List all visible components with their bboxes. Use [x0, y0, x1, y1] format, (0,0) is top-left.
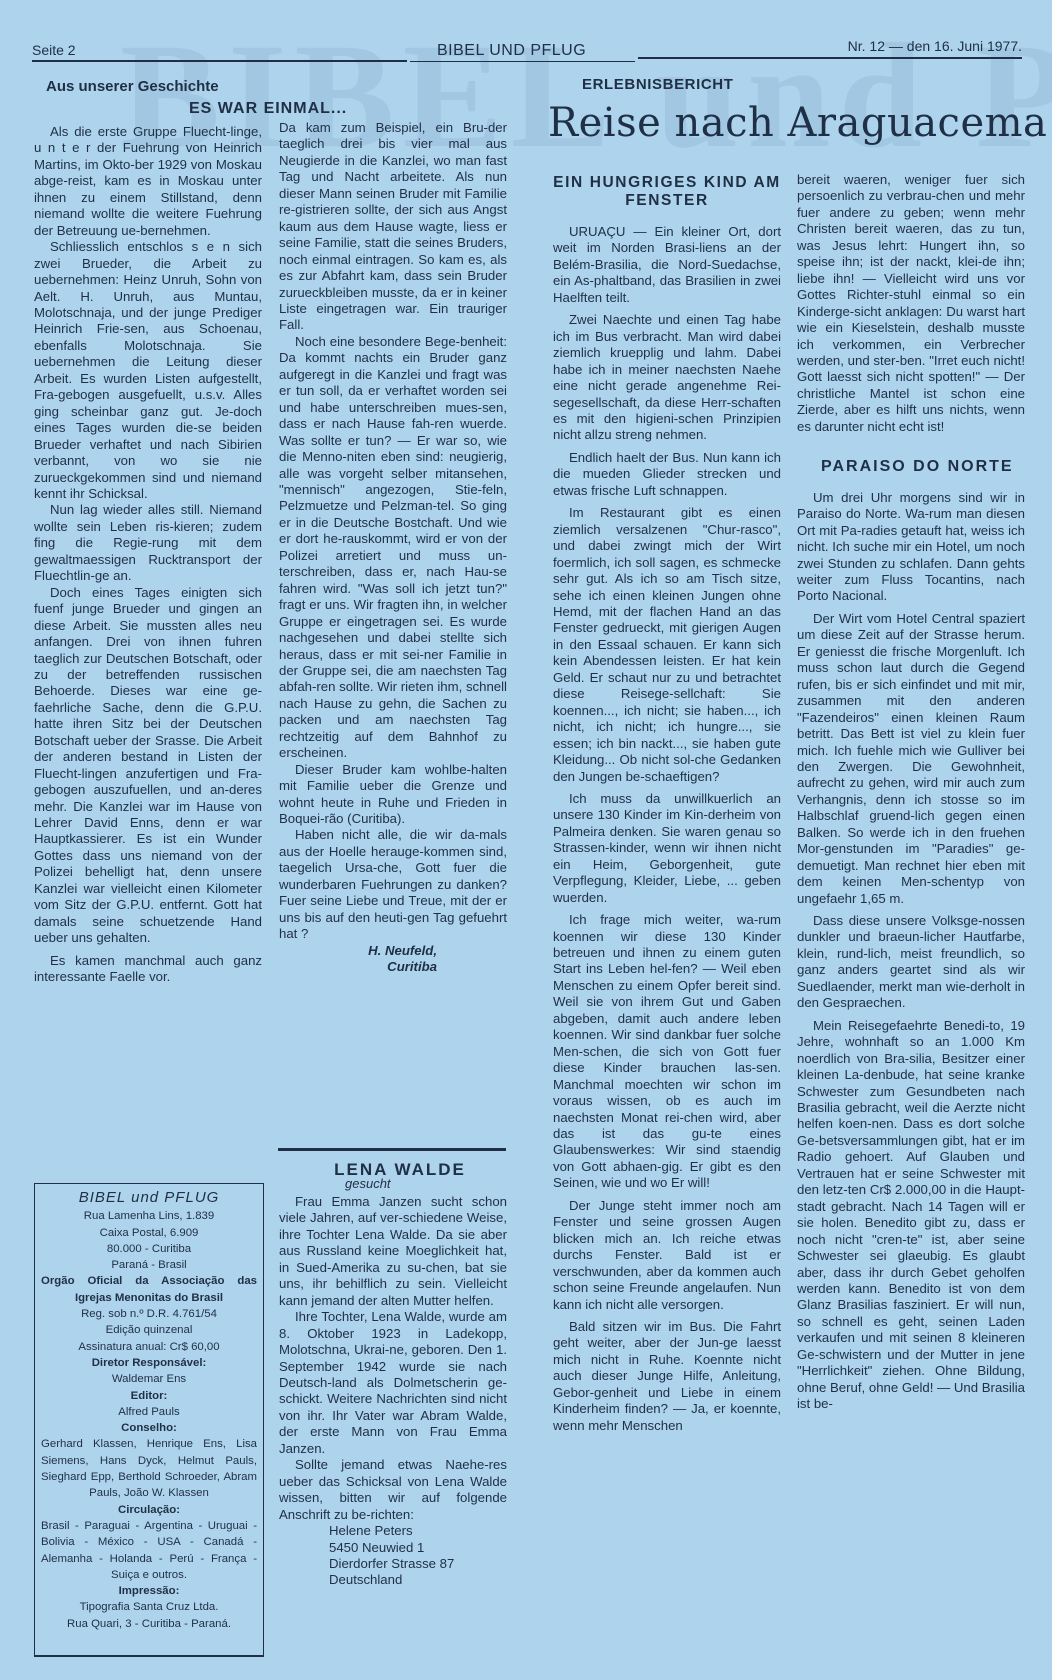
paragraph: URUAÇU — Ein kleiner Ort, dort weit im N… — [553, 224, 781, 306]
paragraph: Frau Emma Janzen sucht schon viele Jahre… — [279, 1194, 507, 1309]
travel-kicker: ERLEBNISBERICHT — [582, 76, 734, 93]
travel-column-4: bereit waeren, weniger fuer sich persoen… — [797, 172, 1025, 1413]
imprint-director-label: Diretor Responsável: — [35, 1355, 263, 1371]
history-column-1: Als die erste Gruppe Fluecht-linge, u n … — [34, 124, 262, 986]
address-line: Deutschland — [279, 1572, 507, 1588]
imprint-printer: Tipografia Santa Cruz Ltda. — [35, 1599, 263, 1615]
author-name: H. Neufeld, — [279, 943, 507, 959]
paragraph: Sollte jemand etwas Naehe-res ueber das … — [279, 1457, 507, 1523]
author-city: Curitiba — [279, 959, 507, 975]
header-rule-left — [32, 60, 407, 62]
lena-walde-body: Frau Emma Janzen sucht schon viele Jahre… — [279, 1194, 507, 1589]
imprint-subscription: Assinatura anual: Cr$ 60,00 — [35, 1339, 263, 1355]
paragraph: Es kamen manchmal auch ganz interessante… — [34, 953, 262, 986]
newspaper-page: BIBEL und PFLUG Seite 2 BIBEL UND PFLUG … — [0, 0, 1052, 1680]
address-line: Helene Peters — [279, 1523, 507, 1539]
imprint-circulation: Brasil - Paraguai - Argentina - Uruguai … — [35, 1518, 263, 1583]
address-line: 5450 Neuwied 1 — [279, 1540, 507, 1556]
paragraph: Der Junge steht immer noch am Fenster un… — [553, 1198, 781, 1313]
imprint-registration: Reg. sob n.º D.R. 4.761/54 — [35, 1306, 263, 1322]
header-rule-center — [410, 61, 635, 62]
imprint-line: 80.000 - Curitiba — [35, 1241, 263, 1257]
paragraph: Da kam zum Beispiel, ein Bru-der taeglic… — [279, 120, 507, 334]
imprint-director: Waldemar Ens — [35, 1371, 263, 1387]
paragraph: Um drei Uhr morgens sind wir in Paraiso … — [797, 490, 1025, 605]
history-column-2: Da kam zum Beispiel, ein Bru-der taeglic… — [279, 120, 507, 976]
issue-date: Nr. 12 — den 16. Juni 1977. — [848, 38, 1022, 54]
paragraph: Doch eines Tages einigten sich fuenf jun… — [34, 585, 262, 947]
paragraph: Der Wirt vom Hotel Central spaziert um d… — [797, 611, 1025, 907]
travel-title: Reise nach Araguacema — [548, 100, 1047, 146]
address-line: Dierdorfer Strasse 87 — [279, 1556, 507, 1572]
imprint-line: Caixa Postal, 6.909 — [35, 1225, 263, 1241]
paragraph: Nun lag wieder alles still. Niemand woll… — [34, 502, 262, 584]
imprint-council-label: Conselho: — [35, 1420, 263, 1436]
paragraph: Haben nicht alle, die wir da-mals aus de… — [279, 827, 507, 942]
paragraph: Ich muss da unwillkuerlich an unsere 130… — [553, 791, 781, 906]
page-number: Seite 2 — [32, 42, 76, 58]
paragraph: Ihre Tochter, Lena Walde, wurde am 8. Ok… — [279, 1309, 507, 1457]
imprint-brand: BIBEL und PFLUG — [35, 1190, 263, 1206]
newspaper-title: BIBEL UND PFLUG — [437, 42, 586, 60]
imprint-organ: Orgão Oficial da Associação das Igrejas … — [35, 1273, 263, 1306]
paragraph: Noch eine besondere Bege-benheit: Da kom… — [279, 334, 507, 762]
lena-walde-headline: LENA WALDE — [300, 1160, 500, 1180]
imprint-line: Rua Lamenha Lins, 1.839 — [35, 1208, 263, 1224]
imprint-line: Paraná - Brasil — [35, 1257, 263, 1273]
paragraph: Zwei Naechte und einen Tag habe ich im B… — [553, 312, 781, 444]
history-headline: ES WAR EINMAL... — [189, 100, 347, 118]
imprint-editor-label: Editor: — [35, 1388, 263, 1404]
paragraph: Bald sitzen wir im Bus. Die Fahrt geht w… — [553, 1319, 781, 1434]
paragraph: Mein Reisegefaehrte Benedi-to, 19 Jehre,… — [797, 1018, 1025, 1413]
history-kicker: Aus unserer Geschichte — [46, 78, 219, 95]
imprint-council: Gerhard Klassen, Henrique Ens, Lisa Siem… — [35, 1436, 263, 1501]
paragraph: Als die erste Gruppe Fluecht-linge, u n … — [34, 124, 262, 239]
section-heading-paraiso: PARAISO DO NORTE — [797, 459, 1025, 475]
imprint-box: BIBEL und PFLUG Rua Lamenha Lins, 1.839 … — [34, 1183, 264, 1657]
paragraph: Schliesslich entschlos s e n sich zwei B… — [34, 239, 262, 502]
paragraph: Endlich haelt der Bus. Nun kann ich die … — [553, 450, 781, 499]
header-rule-right — [638, 57, 1022, 59]
section-divider — [278, 1148, 506, 1151]
imprint-printer-address: Rua Quari, 3 - Curitiba - Paraná. — [35, 1616, 263, 1632]
paragraph: bereit waeren, weniger fuer sich persoen… — [797, 172, 1025, 435]
imprint-edition: Edição quinzenal — [35, 1322, 263, 1338]
imprint-circulation-label: Circulação: — [35, 1502, 263, 1518]
paragraph: Im Restaurant gibt es einen ziemlich ver… — [553, 505, 781, 785]
imprint-print-label: Impressão: — [35, 1583, 263, 1599]
paragraph: Dass diese unsere Volksge-nossen dunkler… — [797, 913, 1025, 1012]
travel-column-3: EIN HUNGRIGES KIND AM FENSTER URUAÇU — E… — [553, 174, 781, 1434]
section-heading-hungry-child: EIN HUNGRIGES KIND AM FENSTER — [553, 174, 781, 210]
paragraph: Ich frage mich weiter, wa-rum koennen wi… — [553, 912, 781, 1192]
imprint-editor: Alfred Pauls — [35, 1404, 263, 1420]
paragraph: Dieser Bruder kam wohlbe-halten mit Fami… — [279, 762, 507, 828]
lena-walde-subhead: gesucht — [345, 1176, 391, 1191]
